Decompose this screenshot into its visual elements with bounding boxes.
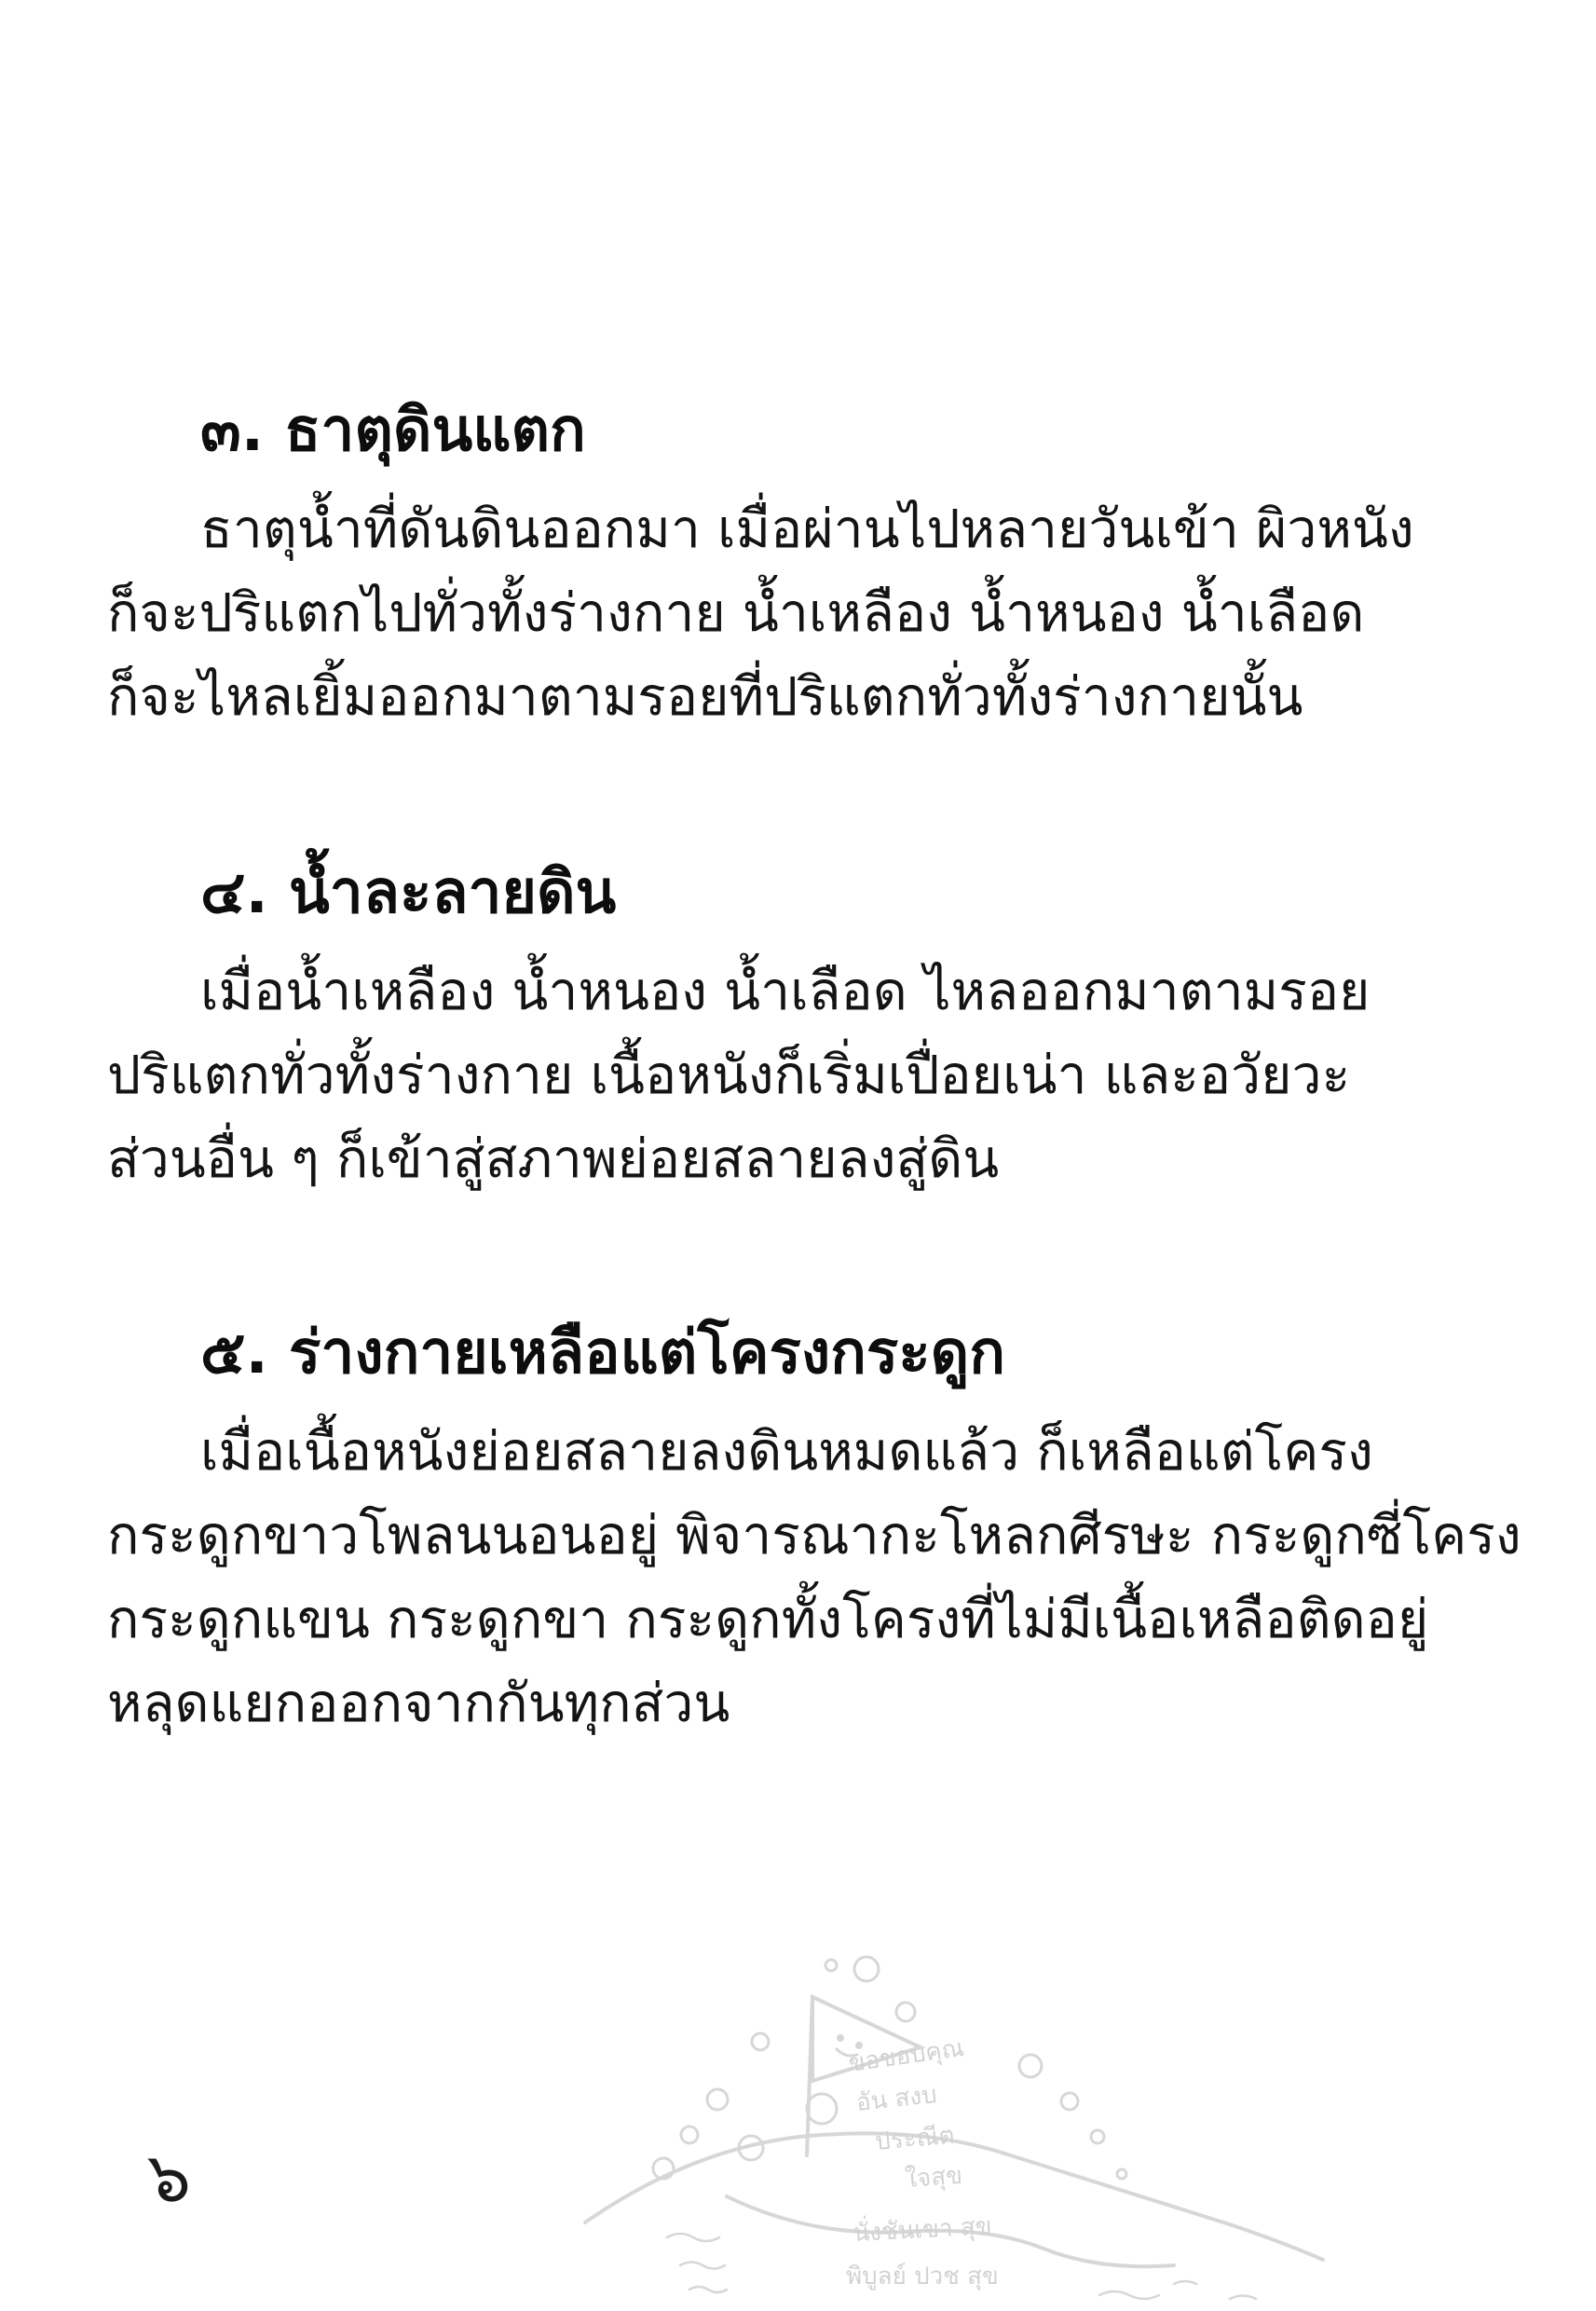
page-number: ๖ bbox=[147, 2136, 191, 2220]
section-3-line-3: ก็จะไหลเยิ้มออกมาตามรอยที่ปริแตกทั่วทั้ง… bbox=[107, 654, 1449, 740]
handwriting-line-2: อัน สงบ bbox=[855, 2081, 938, 2117]
section-5-heading: ๕. ร่างกายเหลือแต่โครงกระดูก bbox=[200, 1306, 1458, 1400]
handwriting-line-5: นั่งชันเขา สุข bbox=[853, 2208, 993, 2248]
handwriting-line-6: พิบูลย์ ปวช สุข bbox=[846, 2263, 999, 2290]
section-5-line-3: กระดูกแขน กระดูกขา กระดูกทั้งโครงที่ไม่ม… bbox=[107, 1577, 1449, 1662]
section-5-line-1: เมื่อเนื้อหนังย่อยสลายลงดินหมดแล้ว ก็เหล… bbox=[107, 1409, 1542, 1495]
handwriting-notes: ขอขอบคุณ อัน สงบ ประณีต ใจสุข นั่งชันเขา… bbox=[846, 2034, 999, 2290]
section-4-line-1: เมื่อน้ำเหลือง น้ำหนอง น้ำเลือด ไหลออกมา… bbox=[107, 949, 1542, 1034]
book-page: ๓. ธาตุดินแตก ธาตุน้ำที่ดันดินออกมา เมื่… bbox=[0, 0, 1596, 2311]
section-3-heading: ๓. ธาตุดินแตก bbox=[200, 384, 1458, 477]
handwriting-line-4: ใจสุข bbox=[904, 2162, 963, 2194]
section-5-line-4: หลุดแยกออกจากกันทุกส่วน bbox=[107, 1661, 1449, 1746]
section-4-line-3: ส่วนอื่น ๆ ก็เข้าสู่สภาพย่อยสลายลงสู่ดิน bbox=[107, 1116, 1449, 1202]
section-4-heading: ๔. น้ำละลายดิน bbox=[200, 846, 1458, 939]
section-5-line-2: กระดูกขาวโพลนนอนอยู่ พิจารณากะโหลกศีรษะ … bbox=[107, 1493, 1449, 1579]
section-4-line-2: ปริแตกทั่วทั้งร่างกาย เนื้อหนังก็เริ่มเป… bbox=[107, 1032, 1449, 1118]
section-3-line-1: ธาตุน้ำที่ดันดินออกมา เมื่อผ่านไปหลายวัน… bbox=[107, 486, 1542, 572]
handwriting-line-3: ประณีต bbox=[874, 2122, 956, 2156]
hill-flag-sketch-illustration: ขอขอบคุณ อัน สงบ ประณีต ใจสุข นั่งชันเขา… bbox=[578, 1952, 1398, 2311]
section-3-line-2: ก็จะปริแตกไปทั่วทั้งร่างกาย น้ำเหลือง น้… bbox=[107, 570, 1449, 656]
